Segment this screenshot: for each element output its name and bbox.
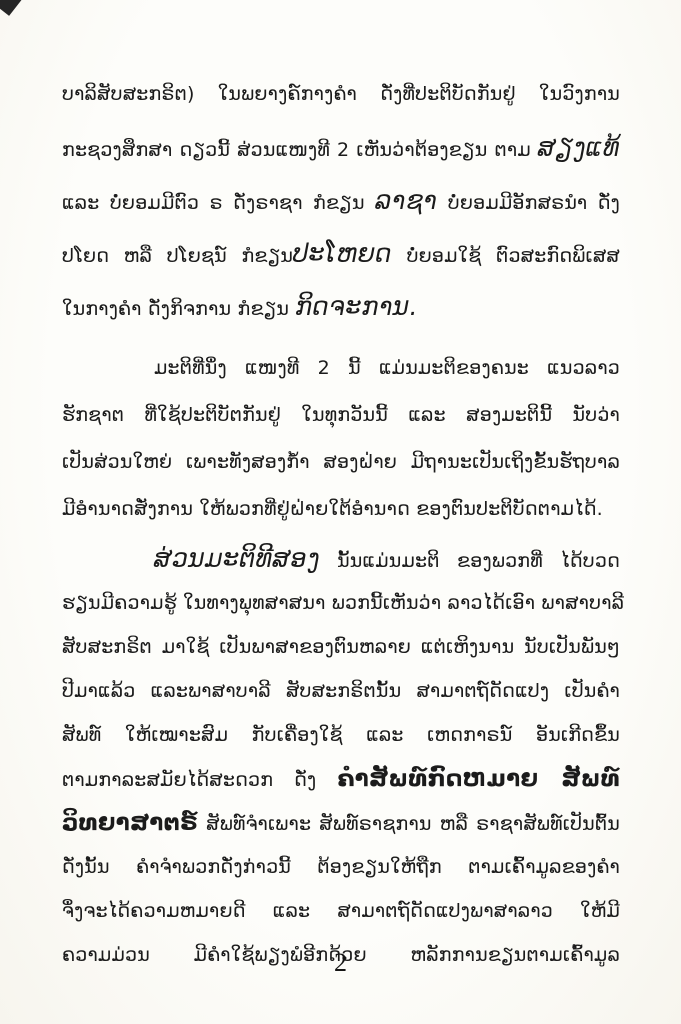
text-segment: ຕາມກາລະສມັຍໄດ້ສະດວກ ດັ່ງ [62, 769, 337, 791]
text-segment: ນັ້ນແມ່ນມະຕິ ຂອງພວກທີ່ ໄດ້ບວດ [320, 550, 620, 572]
text-segment: ແລະ ບໍ່ຍອມມີຕົວ ຣ ດັ່ງຣາຊາ ກໍຂຽນ [62, 192, 375, 214]
emphasized-term: ສ່ວນມະຕິທີສອງ [154, 544, 320, 573]
text-line: ປີມາແລ້ວ ແລະພາສາບາລີ ສັບສະກຣິຕນັ້ນ ສາມາຕ… [62, 669, 620, 713]
text-line: ມີອຳນາດສັ່ງການ ໃຫ້ພວກທີ່ຢູ່ຝ່າຍໃຕ້ອຳນາດ … [62, 486, 620, 533]
text-segment: ໃນກາງຄຳ ດັ່ງກິຈການ ກໍຂຽນ [62, 298, 295, 320]
text-line: ແລະ ບໍ່ຍອມມີຕົວ ຣ ດັ່ງຣາຊາ ກໍຂຽນ ລາຊາ ບໍ… [62, 174, 620, 227]
text-segment: ສັພທ໌ຈຳເພາະ ສັພທ໌ຣາຊການ ຫລື ຣາຊາສັພທ໌ເປັ… [198, 813, 620, 835]
text-segment: ຮຽນມີຄວາມຮູ້ ໃນທາງພຸທສາສນາ ພວກນີ້ເຫັນວ່າ… [62, 592, 624, 614]
text-segment: ປີມາແລ້ວ ແລະພາສາບາລີ ສັບສະກຣິຕນັ້ນ ສາມາຕ… [62, 680, 620, 702]
text-segment: ມະຕິທີ່ນຶ່ງ ແໜງທີ 2 ນີ້ ແມ່ນມະຕິຂອງຄນະ ແ… [154, 357, 620, 379]
emphasized-term: ສຽງແທ້ [538, 133, 620, 162]
scan-artifact [0, 0, 21, 16]
text-line: ມະຕິທີ່ນຶ່ງ ແໜງທີ 2 ນີ້ ແມ່ນມະຕິຂອງຄນະ ແ… [62, 345, 620, 392]
text-segment: ບໍ່ຍອມໃຊ້ ຕົວສະກົດພິເສສ [392, 245, 620, 267]
text-line: ຮຽນມີຄວາມຮູ້ ໃນທາງພຸທສາສນາ ພວກນີ້ເຫັນວ່າ… [62, 581, 620, 625]
text-segment: ປໂຍດ ຫລື ປໂຍຊນ໌ ກໍຂຽນ [62, 245, 293, 267]
text-line: ດັ່ງນັ້ນ ຄຳຈຳພວກດັ່ງກ່າວນີ້ ຕ້ອງຂຽນໃຫ້ຖື… [62, 845, 620, 889]
text-line: ກະຊວງສຶກສາ ດຽວນີ້ ສ່ວນແໜງທີ 2 ເຫັນວ່າຕ້ອ… [62, 121, 620, 174]
text-segment: ກະຊວງສຶກສາ ດຽວນີ້ ສ່ວນແໜງທີ 2 ເຫັນວ່າຕ້ອ… [62, 139, 538, 161]
text-segment: ດັ່ງນັ້ນ ຄຳຈຳພວກດັ່ງກ່າວນີ້ ຕ້ອງຂຽນໃຫ້ຖື… [62, 856, 620, 878]
emphasized-term: ລາຊາ [375, 186, 437, 215]
emphasized-term: ກິດຈະການ. [295, 292, 418, 321]
paragraph: ມະຕິທີ່ນຶ່ງ ແໜງທີ 2 ນີ້ ແມ່ນມະຕິຂອງຄນະ ແ… [62, 345, 620, 533]
text-segment: ເປັນສ່ວນໃຫຍ່ ເພາະທັງສອງກໍ້າ ສອງຝ່າຍ ມີຖາ… [62, 451, 620, 473]
paragraph: ບາລິສັບສະກຣິຕ) ໃນພຍາງຄ໌ກາງຄຳ ດັ່ງທີ່ປະຕິ… [62, 68, 620, 333]
text-segment: ຈຶ່ງຈະໄດ້ຄວາມຫມາຍດີ ແລະ ສາມາຕຖ໌ດັດແປງພາສ… [62, 900, 620, 922]
text-line: ຈຶ່ງຈະໄດ້ຄວາມຫມາຍດີ ແລະ ສາມາຕຖ໌ດັດແປງພາສ… [62, 889, 620, 933]
emphasized-term: ຄຳສັພທ໌ກົດຫມາຍ ສັພທ໌ [337, 766, 620, 792]
text-line: ວິທຍາສາຕຣ໌ ສັພທ໌ຈຳເພາະ ສັພທ໌ຣາຊການ ຫລື ຣ… [62, 801, 620, 845]
text-line: ເປັນສ່ວນໃຫຍ່ ເພາະທັງສອງກໍ້າ ສອງຝ່າຍ ມີຖາ… [62, 439, 620, 486]
paragraph: ສ່ວນມະຕິທີສອງ ນັ້ນແມ່ນມະຕິ ຂອງພວກທີ່ ໄດ້… [62, 537, 620, 977]
emphasized-term: ປະໂຫຍດ [293, 239, 392, 268]
text-line: ບາລິສັບສະກຣິຕ) ໃນພຍາງຄ໌ກາງຄຳ ດັ່ງທີ່ປະຕິ… [62, 68, 620, 121]
text-segment: ສັພທ໌ ໃຫ້ເໝາະສົມ ກັບເຄື່ອງໃຊ້ ແລະ ເຫດກາຣ… [62, 724, 620, 746]
emphasized-term: ວິທຍາສາຕຣ໌ [62, 810, 198, 836]
text-line: ສັພທ໌ ໃຫ້ເໝາະສົມ ກັບເຄື່ອງໃຊ້ ແລະ ເຫດກາຣ… [62, 713, 620, 757]
text-line: ຮັກຊາຕ ທີ່ໃຊ້ປະຕິບັຕກັນຢູ່ ໃນທຸກວັນນີ້ ແ… [62, 392, 620, 439]
text-line: ປໂຍດ ຫລື ປໂຍຊນ໌ ກໍຂຽນປະໂຫຍດ ບໍ່ຍອມໃຊ້ ຕົ… [62, 227, 620, 280]
page-number: 2 [0, 948, 681, 978]
text-line: ຕາມກາລະສມັຍໄດ້ສະດວກ ດັ່ງ ຄຳສັພທ໌ກົດຫມາຍ … [62, 757, 620, 801]
text-segment: ມີອຳນາດສັ່ງການ ໃຫ້ພວກທີ່ຢູ່ຝ່າຍໃຕ້ອຳນາດ … [62, 498, 603, 520]
text-segment: ຮັກຊາຕ ທີ່ໃຊ້ປະຕິບັຕກັນຢູ່ ໃນທຸກວັນນີ້ ແ… [62, 404, 620, 426]
page-text: ບາລິສັບສະກຣິຕ) ໃນພຍາງຄ໌ກາງຄຳ ດັ່ງທີ່ປະຕິ… [62, 68, 620, 977]
text-segment: ສັບສະກຣິຕ ມາໃຊ້ ເປັນພາສາຂອງຕົນຫລາຍ ແຕ່ເຫ… [62, 636, 620, 658]
text-segment: ບາລິສັບສະກຣິຕ) ໃນພຍາງຄ໌ກາງຄຳ ດັ່ງທີ່ປະຕິ… [62, 83, 620, 105]
scanned-page: ບາລິສັບສະກຣິຕ) ໃນພຍາງຄ໌ກາງຄຳ ດັ່ງທີ່ປະຕິ… [0, 0, 681, 1024]
text-line: ໃນກາງຄຳ ດັ່ງກິຈການ ກໍຂຽນ ກິດຈະການ. [62, 280, 620, 333]
text-line: ສ່ວນມະຕິທີສອງ ນັ້ນແມ່ນມະຕິ ຂອງພວກທີ່ ໄດ້… [62, 537, 620, 581]
text-segment: ບໍ່ຍອມມີອັກສຣນຳ ດັ່ງ [437, 192, 620, 214]
text-line: ສັບສະກຣິຕ ມາໃຊ້ ເປັນພາສາຂອງຕົນຫລາຍ ແຕ່ເຫ… [62, 625, 620, 669]
